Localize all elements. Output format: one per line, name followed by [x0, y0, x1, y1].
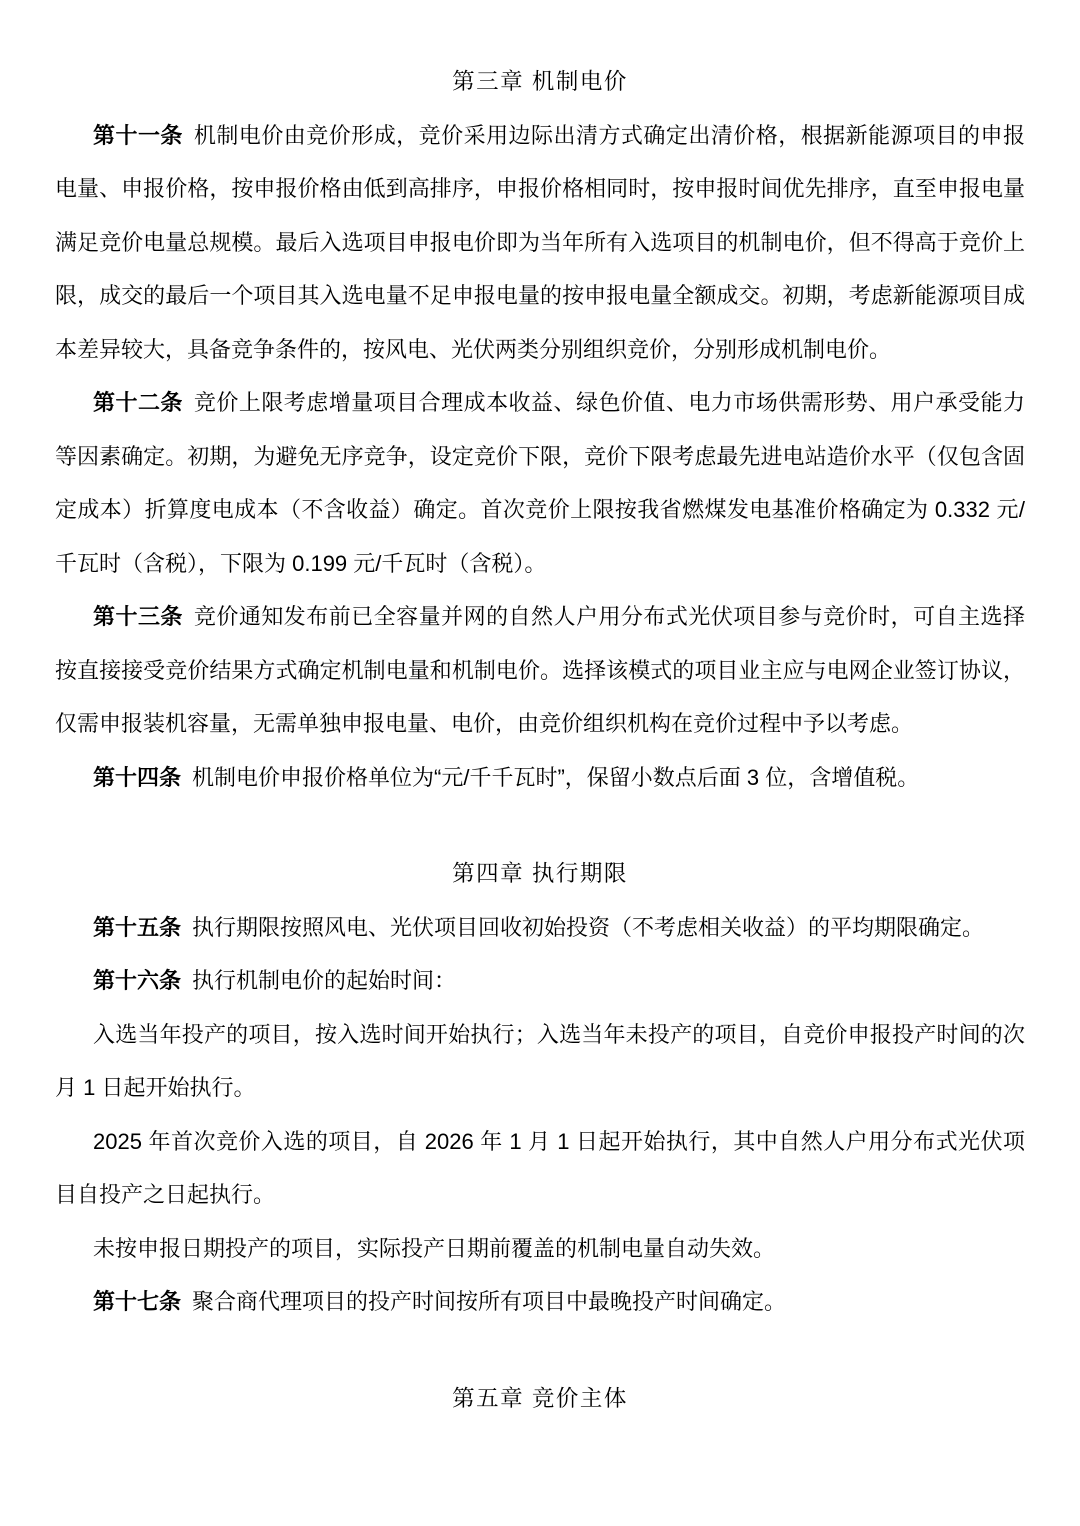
article-17-label: 第十七条 — [93, 1289, 181, 1314]
article-17-paragraph: 第十七条聚合商代理项目的投产时间按所有项目中最晚投产时间确定。 — [55, 1275, 1025, 1329]
article-16-subparagraph-3-text: 未按申报日期投产的项目，实际投产日期前覆盖的机制电量自动失效。 — [93, 1236, 775, 1261]
article-16-subparagraph-2-text: 2025 年首次竞价入选的项目，自 2026 年 1 月 1 日起开始执行，其中… — [55, 1129, 1025, 1208]
article-15-text: 执行期限按照风电、光伏项目回收初始投资（不考虑相关收益）的平均期限确定。 — [192, 915, 984, 940]
article-14-paragraph: 第十四条机制电价申报价格单位为“元/千千瓦时”，保留小数点后面 3 位，含增值税… — [55, 751, 1025, 805]
chapter-5-heading: 第五章 竞价主体 — [55, 1372, 1025, 1426]
article-11-paragraph: 第十一条机制电价由竞价形成，竞价采用边际出清方式确定出清价格，根据新能源项目的申… — [55, 109, 1025, 377]
article-16-subparagraph-1-text: 入选当年投产的项目，按入选时间开始执行；入选当年未投产的项目，自竞价申报投产时间… — [55, 1022, 1025, 1101]
article-15-paragraph: 第十五条执行期限按照风电、光伏项目回收初始投资（不考虑相关收益）的平均期限确定。 — [55, 901, 1025, 955]
chapter-5-section: 第五章 竞价主体 — [55, 1372, 1025, 1426]
article-16-subparagraph-3: 未按申报日期投产的项目，实际投产日期前覆盖的机制电量自动失效。 — [55, 1222, 1025, 1276]
chapter-3-section: 第三章 机制电价 第十一条机制电价由竞价形成，竞价采用边际出清方式确定出清价格，… — [55, 55, 1025, 804]
article-12-paragraph: 第十二条竞价上限考虑增量项目合理成本收益、绿色价值、电力市场供需形势、用户承受能… — [55, 376, 1025, 590]
article-13-paragraph: 第十三条竞价通知发布前已全容量并网的自然人户用分布式光伏项目参与竞价时，可自主选… — [55, 590, 1025, 751]
article-16-subparagraph-1: 入选当年投产的项目，按入选时间开始执行；入选当年未投产的项目，自竞价申报投产时间… — [55, 1008, 1025, 1115]
article-16-label: 第十六条 — [93, 968, 181, 993]
article-16-text: 执行机制电价的起始时间： — [192, 968, 456, 993]
article-11-text: 机制电价由竞价形成，竞价采用边际出清方式确定出清价格，根据新能源项目的申报电量、… — [55, 123, 1025, 362]
article-14-label: 第十四条 — [93, 765, 181, 790]
article-13-label: 第十三条 — [93, 604, 183, 629]
article-12-text: 竞价上限考虑增量项目合理成本收益、绿色价值、电力市场供需形势、用户承受能力等因素… — [55, 390, 1025, 576]
article-15-label: 第十五条 — [93, 915, 181, 940]
article-16-paragraph: 第十六条执行机制电价的起始时间： — [55, 954, 1025, 1008]
article-16-subparagraph-2: 2025 年首次竞价入选的项目，自 2026 年 1 月 1 日起开始执行，其中… — [55, 1115, 1025, 1222]
article-17-text: 聚合商代理项目的投产时间按所有项目中最晚投产时间确定。 — [192, 1289, 786, 1314]
article-14-text: 机制电价申报价格单位为“元/千千瓦时”，保留小数点后面 3 位，含增值税。 — [192, 765, 919, 790]
article-12-label: 第十二条 — [93, 390, 183, 415]
article-13-text: 竞价通知发布前已全容量并网的自然人户用分布式光伏项目参与竞价时，可自主选择按直接… — [55, 604, 1025, 736]
document-page: 第三章 机制电价 第十一条机制电价由竞价形成，竞价采用边际出清方式确定出清价格，… — [0, 0, 1080, 1526]
chapter-4-section: 第四章 执行期限 第十五条执行期限按照风电、光伏项目回收初始投资（不考虑相关收益… — [55, 847, 1025, 1329]
chapter-4-heading: 第四章 执行期限 — [55, 847, 1025, 901]
chapter-3-heading: 第三章 机制电价 — [55, 55, 1025, 109]
article-11-label: 第十一条 — [93, 123, 183, 148]
